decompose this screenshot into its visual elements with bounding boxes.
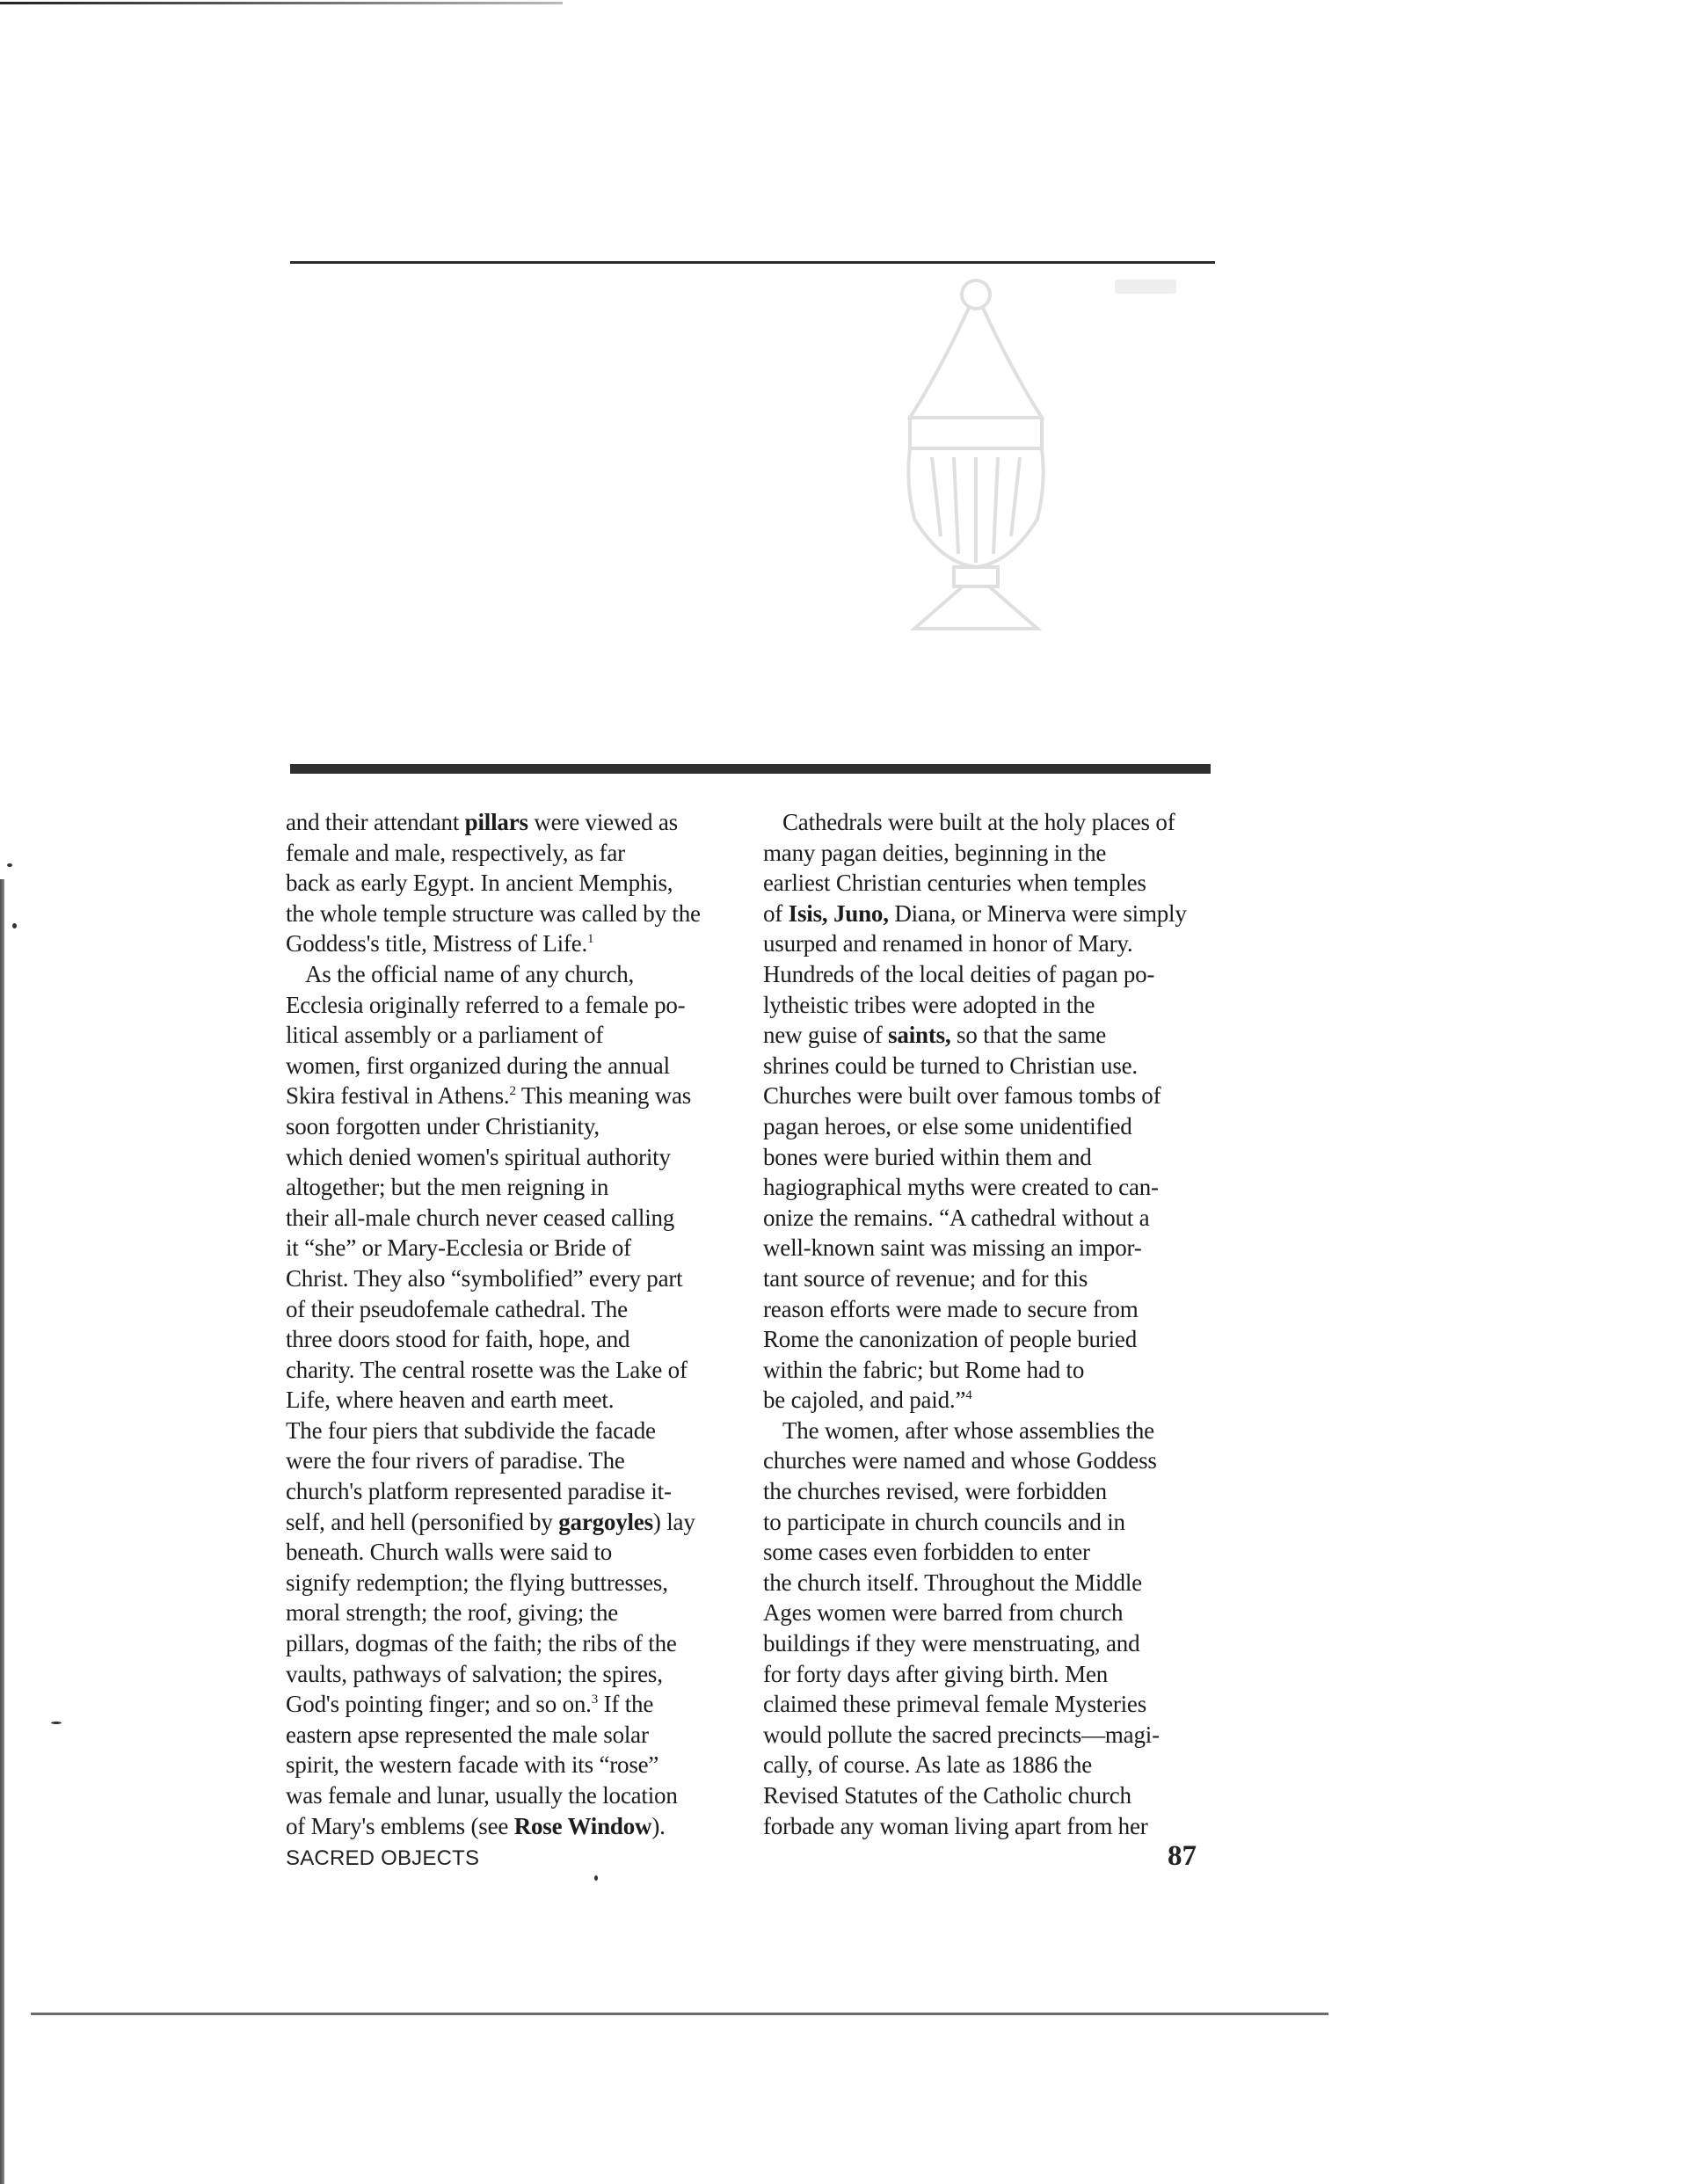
urn-icon (888, 273, 1064, 642)
text-line: would pollute the sacred precincts—magi- (763, 1720, 1216, 1751)
text-line: the church itself. Throughout the Middle (763, 1568, 1216, 1598)
text-line: women, first organized during the annual (286, 1051, 743, 1081)
footnote-marker: 3 (592, 1693, 598, 1707)
footnote-marker: 2 (509, 1084, 515, 1098)
text-line: pagan heroes, or else some unidentified (763, 1111, 1216, 1142)
page-edge-shadow (0, 879, 4, 2184)
faint-show-through-text (1115, 280, 1176, 294)
text-line: reason efforts were made to secure from (763, 1294, 1216, 1325)
text-line: lytheistic tribes were adopted in the (763, 990, 1216, 1021)
scan-speck (7, 863, 12, 867)
cross-reference-term: pillars (465, 809, 528, 835)
text-line: many pagan deities, beginning in the (763, 838, 1216, 869)
text-line: Cathedrals were built at the holy places… (763, 807, 1216, 838)
scan-edge-line (0, 2, 563, 4)
footnote-marker: 4 (965, 1388, 971, 1402)
text-line: cally, of course. As late as 1886 the (763, 1750, 1216, 1780)
top-rule (290, 261, 1215, 264)
text-line: church's platform represented paradise i… (286, 1476, 743, 1507)
text-line: Revised Statutes of the Catholic church (763, 1780, 1216, 1811)
text-line: back as early Egypt. In ancient Memphis, (286, 868, 743, 899)
text-line: hagiographical myths were created to can… (763, 1172, 1216, 1203)
text-line: God's pointing finger; and so on.3 If th… (286, 1689, 743, 1720)
text-line: to participate in church councils and in (763, 1507, 1216, 1538)
text-line: was female and lunar, usually the locati… (286, 1780, 743, 1811)
text-line: litical assembly or a parliament of (286, 1020, 743, 1051)
text-line: As the official name of any church, (286, 959, 743, 990)
left-text-column: and their attendant pillars were viewed … (286, 807, 743, 1841)
text-line: churches were named and whose Goddess (763, 1445, 1216, 1476)
cross-reference-term: Isis, Juno, (789, 900, 889, 927)
text-line: Goddess's title, Mistress of Life.1 (286, 928, 743, 959)
text-line: moral strength; the roof, giving; the (286, 1598, 743, 1628)
text-line: of their pseudofemale cathedral. The (286, 1294, 743, 1325)
cross-reference-term: Rose Window (514, 1813, 652, 1839)
scan-speck (51, 1722, 62, 1724)
thick-rule (290, 764, 1211, 774)
text-line: pillars, dogmas of the faith; the ribs o… (286, 1628, 743, 1659)
text-line: eastern apse represented the male solar (286, 1720, 743, 1751)
text-line: the whole temple structure was called by… (286, 899, 743, 929)
scan-speck (594, 1875, 598, 1881)
text-line: within the fabric; but Rome had to (763, 1355, 1216, 1386)
text-line: usurped and renamed in honor of Mary. (763, 928, 1216, 959)
text-line: three doors stood for faith, hope, and (286, 1324, 743, 1355)
text-line: Rome the canonization of people buried (763, 1324, 1216, 1355)
text-line: their all-male church never ceased calli… (286, 1203, 743, 1234)
text-line: which denied women's spiritual authority (286, 1142, 743, 1173)
text-line: it “she” or Mary-Ecclesia or Bride of (286, 1233, 743, 1263)
text-line: Ages women were barred from church (763, 1598, 1216, 1628)
text-line: beneath. Church walls were said to (286, 1537, 743, 1568)
text-line: Christ. They also “symbolified” every pa… (286, 1263, 743, 1294)
text-line: Churches were built over famous tombs of (763, 1081, 1216, 1111)
text-line: spirit, the western facade with its “ros… (286, 1750, 743, 1780)
text-line: soon forgotten under Christianity, (286, 1111, 743, 1142)
text-line: forbade any woman living apart from her (763, 1811, 1216, 1842)
text-line: vaults, pathways of salvation; the spire… (286, 1659, 743, 1690)
text-line: tant source of revenue; and for this (763, 1263, 1216, 1294)
text-line: some cases even forbidden to enter (763, 1537, 1216, 1568)
text-line: for forty days after giving birth. Men (763, 1659, 1216, 1690)
text-line: earliest Christian centuries when temple… (763, 868, 1216, 899)
text-line: charity. The central rosette was the Lak… (286, 1355, 743, 1386)
text-line: the churches revised, were forbidden (763, 1476, 1216, 1507)
text-line: Hundreds of the local deities of pagan p… (763, 959, 1216, 990)
page-number: 87 (1168, 1840, 1197, 1873)
text-line: Skira festival in Athens.2 This meaning … (286, 1081, 743, 1111)
text-line: new guise of saints, so that the same (763, 1020, 1216, 1051)
text-line: were the four rivers of paradise. The (286, 1445, 743, 1476)
text-line: and their attendant pillars were viewed … (286, 807, 743, 838)
text-line: well-known saint was missing an impor- (763, 1233, 1216, 1263)
text-line: Life, where heaven and earth meet. (286, 1385, 743, 1416)
text-line: Ecclesia originally referred to a female… (286, 990, 743, 1021)
running-footer-section-title: SACRED OBJECTS (286, 1846, 479, 1871)
text-line: be cajoled, and paid.”4 (763, 1385, 1216, 1416)
right-text-column: Cathedrals were built at the holy places… (763, 807, 1216, 1841)
text-line: claimed these primeval female Mysteries (763, 1689, 1216, 1720)
cross-reference-term: saints, (888, 1022, 950, 1048)
footnote-marker: 1 (587, 932, 593, 946)
text-line: buildings if they were menstruating, and (763, 1628, 1216, 1659)
bottom-rule (31, 2013, 1328, 2015)
text-line: The women, after whose assemblies the (763, 1416, 1216, 1446)
text-line: self, and hell (personified by gargoyles… (286, 1507, 743, 1538)
scan-speck (12, 923, 17, 928)
text-line: of Isis, Juno, Diana, or Minerva were si… (763, 899, 1216, 929)
text-line: of Mary's emblems (see Rose Window). (286, 1811, 743, 1842)
text-line: signify redemption; the flying buttresse… (286, 1568, 743, 1598)
text-line: female and male, respectively, as far (286, 838, 743, 869)
text-line: bones were buried within them and (763, 1142, 1216, 1173)
text-line: The four piers that subdivide the facade (286, 1416, 743, 1446)
text-line: altogether; but the men reigning in (286, 1172, 743, 1203)
text-line: onize the remains. “A cathedral without … (763, 1203, 1216, 1234)
cross-reference-term: gargoyles (558, 1509, 653, 1535)
text-line: shrines could be turned to Christian use… (763, 1051, 1216, 1081)
